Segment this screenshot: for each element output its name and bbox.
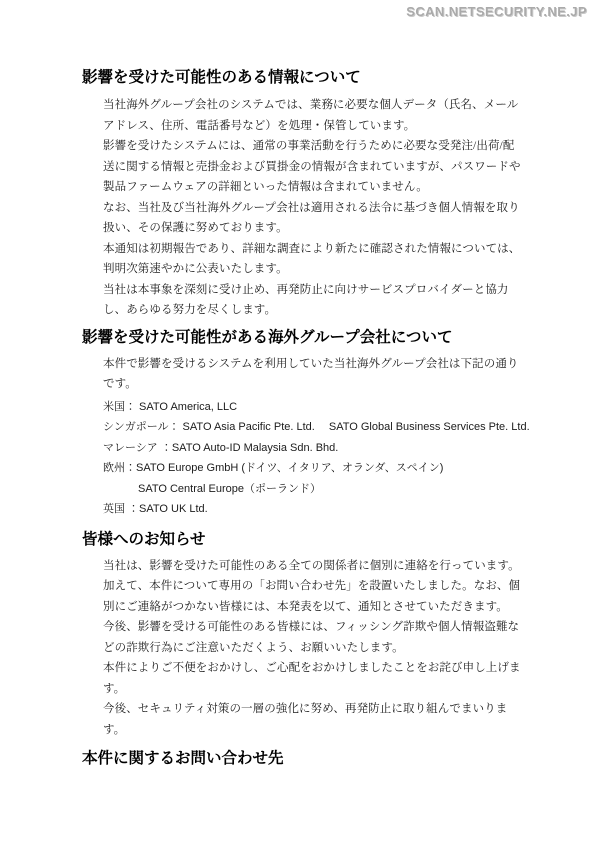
- text-line: 当社は、影響を受けた可能性のある全ての関係者に個別に連絡を行っています。: [103, 556, 517, 577]
- text-line: どの詐欺行為にご注意いただくよう、お願いいたします。: [103, 638, 517, 659]
- company-line-singapore: シンガポール： SATO Asia Pacific Pte. Ltd. SATO…: [103, 417, 517, 438]
- paragraph: 当社は、影響を受けた可能性のある全ての関係者に個別に連絡を行っています。 加えて…: [103, 556, 517, 741]
- text-line: 本件で影響を受けるシステムを利用していた当社海外グループ会社は下記の通り: [103, 354, 517, 375]
- paragraph: 当社海外グループ会社のシステムでは、業務に必要な個人データ（氏名、メール アドレ…: [103, 95, 517, 321]
- company-list: 米国： SATO America, LLC シンガポール： SATO Asia …: [103, 397, 517, 520]
- company-line-malaysia: マレーシア ：SATO Auto-ID Malaysia Sdn. Bhd.: [103, 438, 517, 459]
- text-line: アドレス、住所、電話番号など）を処理・保管しています。: [103, 116, 517, 137]
- text-line: 加えて、本件について専用の「お問い合わせ先」を設置いたしました。なお、個: [103, 576, 517, 597]
- watermark: SCAN.NETSECURITY.NE.JP: [406, 4, 587, 19]
- section-heading-affected-information: 影響を受けた可能性のある情報について: [82, 67, 517, 89]
- section-heading-contact: 本件に関するお問い合わせ先: [82, 748, 517, 770]
- company-line-usa: 米国： SATO America, LLC: [103, 397, 517, 418]
- text-line: 今後、影響を受ける可能性のある皆様には、フィッシング詐欺や個人情報盗難な: [103, 617, 517, 638]
- company-line-uk: 英国 ：SATO UK Ltd.: [103, 499, 517, 520]
- text-line: 今後、セキュリティ対策の一層の強化に努め、再発防止に取り組んでまいりま: [103, 699, 517, 720]
- section-heading-affected-group-companies: 影響を受けた可能性がある海外グループ会社について: [82, 327, 517, 349]
- text-line: 送に関する情報と売掛金および買掛金の情報が含まれていますが、パスワードや: [103, 157, 517, 178]
- text-line: し、あらゆる努力を尽くします。: [103, 300, 517, 321]
- text-line: 当社海外グループ会社のシステムでは、業務に必要な個人データ（氏名、メール: [103, 95, 517, 116]
- text-line: 扱い、その保護に努めております。: [103, 218, 517, 239]
- text-line: す。: [103, 720, 517, 741]
- text-line: なお、当社及び当社海外グループ会社は適用される法令に基づき個人情報を取り: [103, 198, 517, 219]
- text-line: 本件によりご不便をおかけし、ご心配をおかけしましたことをお詫び申し上げま: [103, 658, 517, 679]
- text-line: 影響を受けたシステムには、通常の事業活動を行うために必要な受発注/出荷/配: [103, 136, 517, 157]
- text-line: 本通知は初期報告であり、詳細な調査により新たに確認された情報については、: [103, 239, 517, 260]
- text-line: 製品ファームウェアの詳細といった情報は含まれていません。: [103, 177, 517, 198]
- text-line: 判明次第速やかに公表いたします。: [103, 259, 517, 280]
- paragraph: 本件で影響を受けるシステムを利用していた当社海外グループ会社は下記の通り です。: [103, 354, 517, 395]
- text-line: す。: [103, 679, 517, 700]
- document-page: SCAN.NETSECURITY.NE.JP 影響を受けた可能性のある情報につい…: [0, 0, 595, 841]
- text-line: です。: [103, 374, 517, 395]
- text-line: 別にご連絡がつかない皆様には、本発表を以て、通知とさせていただきます。: [103, 597, 517, 618]
- text-line: 当社は本事象を深刻に受け止め、再発防止に向けサービスプロバイダーと協力: [103, 280, 517, 301]
- company-line-central-europe: SATO Central Europe（ポーランド）: [138, 479, 517, 500]
- section-heading-notice-to-everyone: 皆様へのお知らせ: [82, 529, 517, 551]
- company-line-europe: 欧州：SATO Europe GmbH (ドイツ、イタリア、オランダ、スペイン): [103, 458, 517, 479]
